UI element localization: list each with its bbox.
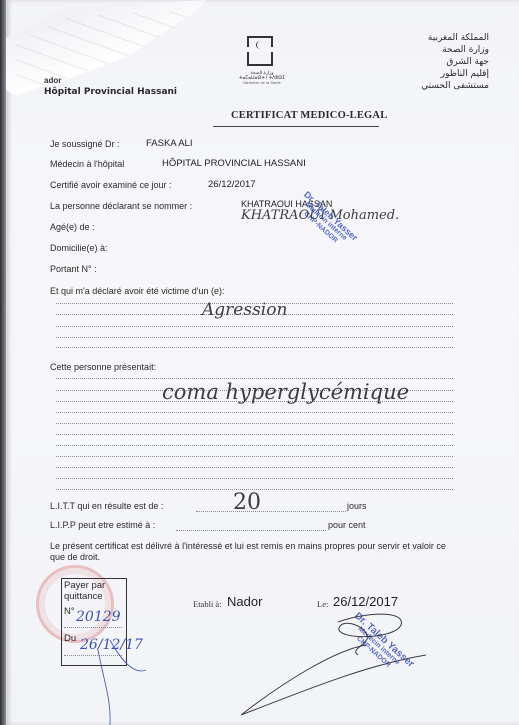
handwritten-signatures — [6, 0, 519, 725]
certificate-page: ador Hôpital Provincial Hassani وزارة ال… — [6, 0, 519, 725]
